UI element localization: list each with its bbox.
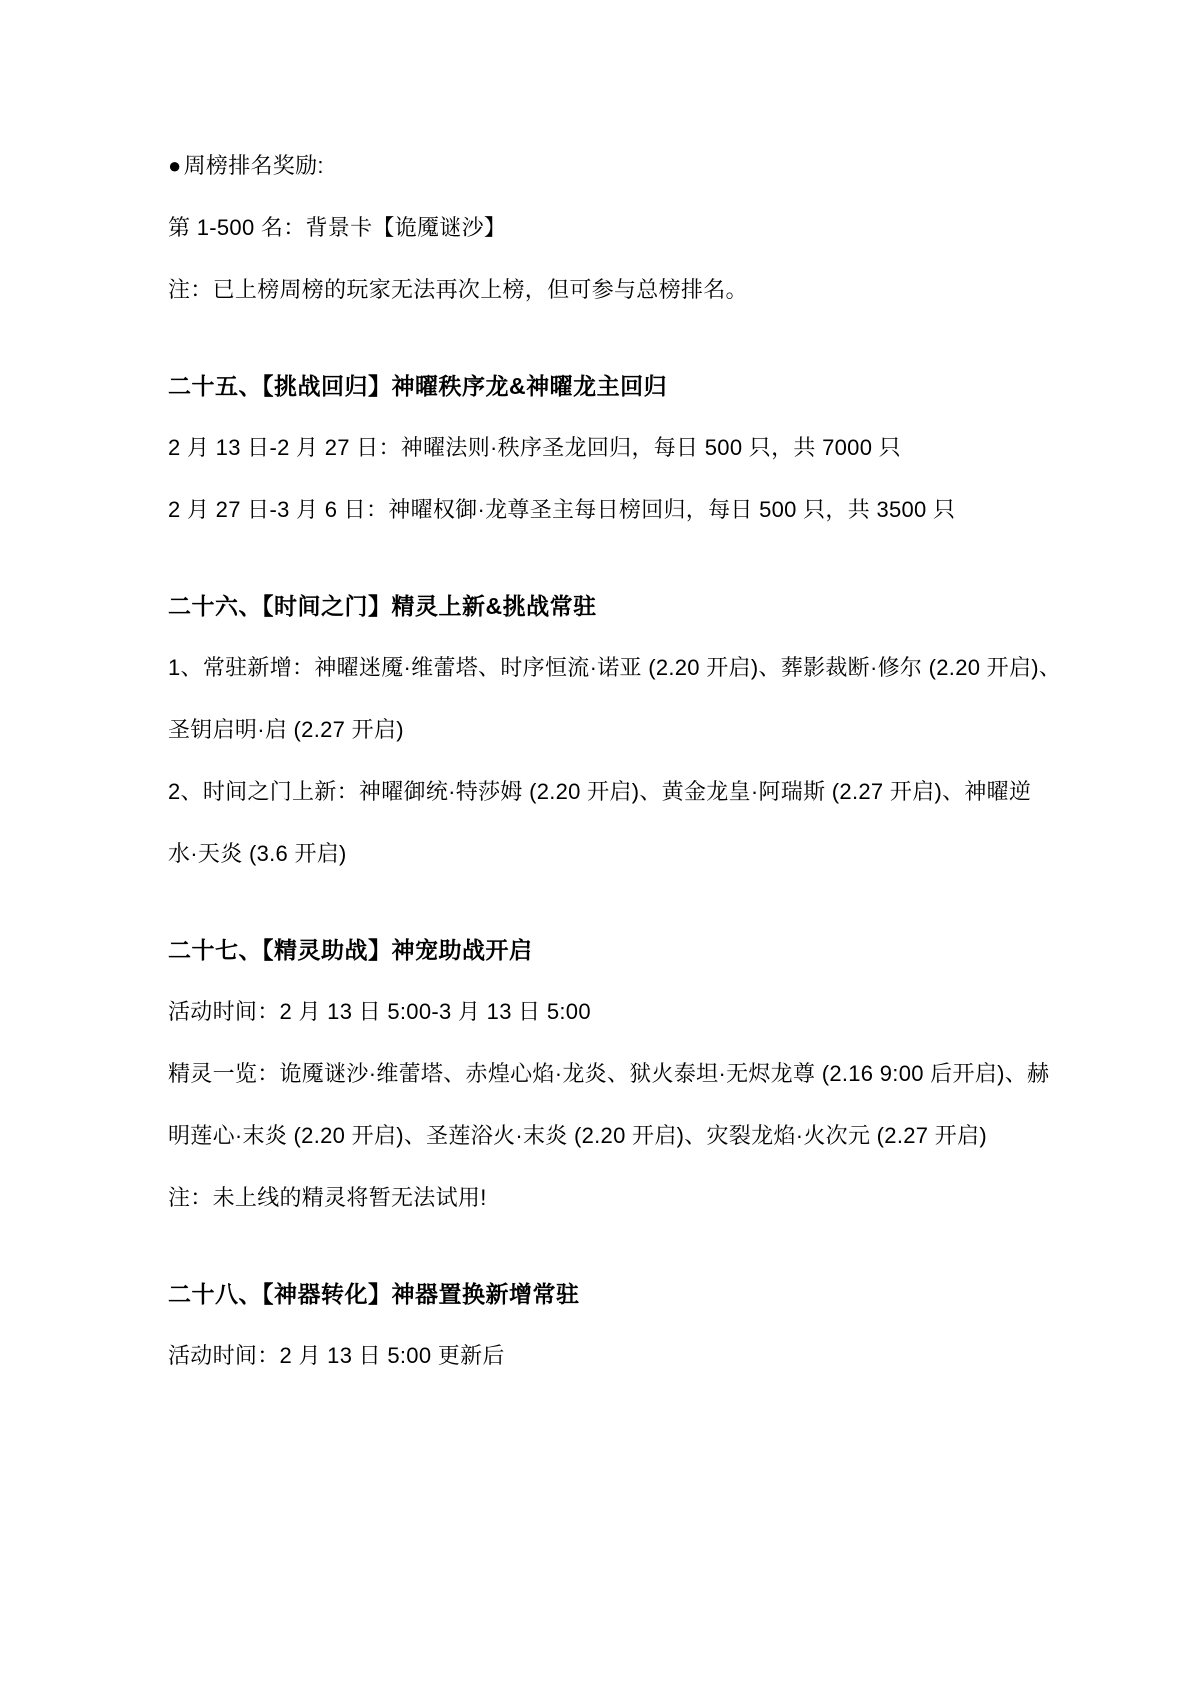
paragraph-assist-list-2: 明莲心·末炎 (2.20 开启)、圣莲浴火·末炎 (2.20 开启)、灾裂龙焰·… <box>168 1120 1060 1152</box>
section-heading-27: 二十七、【精灵助战】神宠助战开启 <box>168 934 1060 966</box>
paragraph-return-schedule-2: 2 月 27 日-3 月 6 日：神曜权御·龙尊圣主每日榜回归，每日 500 只… <box>168 494 1060 526</box>
paragraph-permanent-new-2: 圣钥启明·启 (2.27 开启) <box>168 714 1060 746</box>
document-page: ●周榜排名奖励: 第 1-500 名：背景卡【诡魇谜沙】 注：已上榜周榜的玩家无… <box>0 0 1190 1683</box>
paragraph-permanent-new-1: 1、常驻新增：神曜迷魇·维蕾塔、时序恒流·诺亚 (2.20 开启)、葬影裁断·修… <box>168 652 1060 684</box>
paragraph-time-gate-new-1: 2、时间之门上新：神曜御统·特莎姆 (2.20 开启)、黄金龙皇·阿瑞斯 (2.… <box>168 776 1060 808</box>
paragraph-assist-note: 注：未上线的精灵将暂无法试用! <box>168 1182 1060 1214</box>
paragraph-rank-reward: 第 1-500 名：背景卡【诡魇谜沙】 <box>168 212 1060 244</box>
paragraph-time-gate-new-2: 水·天炎 (3.6 开启) <box>168 838 1060 870</box>
paragraph-text: 周榜排名奖励: <box>184 153 324 178</box>
section-heading-26: 二十六、【时间之门】精灵上新&挑战常驻 <box>168 590 1060 622</box>
paragraph-weekly-note: 注：已上榜周榜的玩家无法再次上榜，但可参与总榜排名。 <box>168 274 1060 306</box>
bullet-icon: ● <box>168 150 182 182</box>
section-heading-25: 二十五、【挑战回归】神曜秩序龙&神曜龙主回归 <box>168 370 1060 402</box>
section-heading-28: 二十八、【神器转化】神器置换新增常驻 <box>168 1278 1060 1310</box>
paragraph-assist-list-1: 精灵一览：诡魇谜沙·维蕾塔、赤煌心焰·龙炎、狱火泰坦·无烬龙尊 (2.16 9:… <box>168 1058 1060 1090</box>
paragraph-assist-time: 活动时间：2 月 13 日 5:00-3 月 13 日 5:00 <box>168 996 1060 1028</box>
bullet-list-item: ●周榜排名奖励: <box>168 150 1060 182</box>
paragraph-artifact-time: 活动时间：2 月 13 日 5:00 更新后 <box>168 1340 1060 1372</box>
paragraph-return-schedule-1: 2 月 13 日-2 月 27 日：神曜法则·秩序圣龙回归，每日 500 只，共… <box>168 432 1060 464</box>
